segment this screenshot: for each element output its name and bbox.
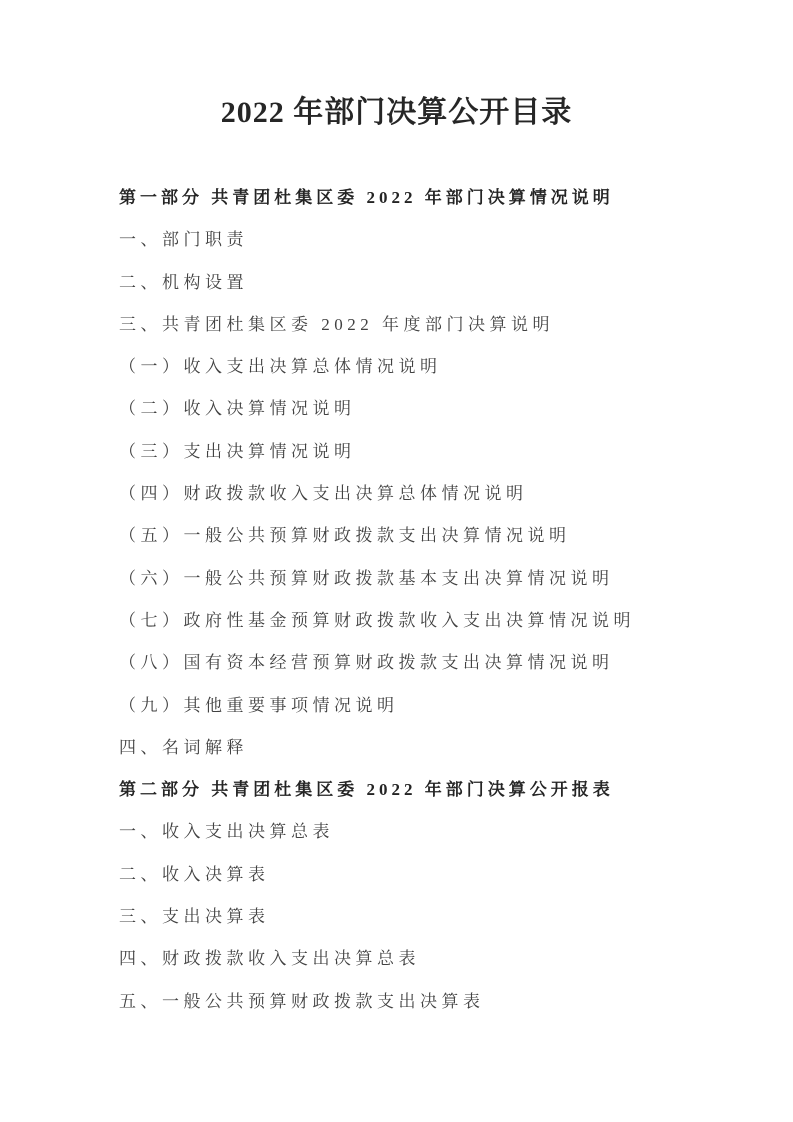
toc-item-annual-final-accounts-note: 三、共青团杜集区委 2022 年度部门决算说明 [119, 304, 719, 346]
toc-item-expense-note: （三）支出决算情况说明 [119, 431, 719, 473]
toc-item-income-table: 二、收入决算表 [119, 854, 719, 896]
toc-item-income-expense-summary-table: 一、收入支出决算总表 [119, 811, 719, 853]
section-1-heading: 第一部分 共青团杜集区委 2022 年部门决算情况说明 [119, 177, 719, 219]
toc-item-expense-table: 三、支出决算表 [119, 896, 719, 938]
toc-item-general-budget-expense-table: 五、一般公共预算财政拨款支出决算表 [119, 981, 719, 1023]
document-title: 2022 年部门决算公开目录 [0, 96, 793, 130]
document-page: 2022 年部门决算公开目录 第一部分 共青团杜集区委 2022 年部门决算情况… [0, 0, 793, 1122]
toc-item-fiscal-allocation-overview: （四）财政拨款收入支出决算总体情况说明 [119, 473, 719, 515]
toc-item-general-budget-expense-note: （五）一般公共预算财政拨款支出决算情况说明 [119, 515, 719, 557]
table-of-contents: 第一部分 共青团杜集区委 2022 年部门决算情况说明 一、部门职责 二、机构设… [119, 177, 719, 1023]
toc-item-gov-fund-budget-note: （七）政府性基金预算财政拨款收入支出决算情况说明 [119, 600, 719, 642]
toc-item-other-important-matters: （九）其他重要事项情况说明 [119, 685, 719, 727]
toc-item-org-setup: 二、机构设置 [119, 262, 719, 304]
toc-item-general-budget-basic-expense-note: （六）一般公共预算财政拨款基本支出决算情况说明 [119, 558, 719, 600]
toc-item-fiscal-allocation-summary-table: 四、财政拨款收入支出决算总表 [119, 938, 719, 980]
toc-item-state-capital-budget-note: （八）国有资本经营预算财政拨款支出决算情况说明 [119, 642, 719, 684]
toc-item-income-expense-overview: （一）收入支出决算总体情况说明 [119, 346, 719, 388]
toc-item-dept-duties: 一、部门职责 [119, 219, 719, 261]
section-2-heading: 第二部分 共青团杜集区委 2022 年部门决算公开报表 [119, 769, 719, 811]
toc-item-glossary: 四、名词解释 [119, 727, 719, 769]
toc-item-income-note: （二）收入决算情况说明 [119, 388, 719, 430]
